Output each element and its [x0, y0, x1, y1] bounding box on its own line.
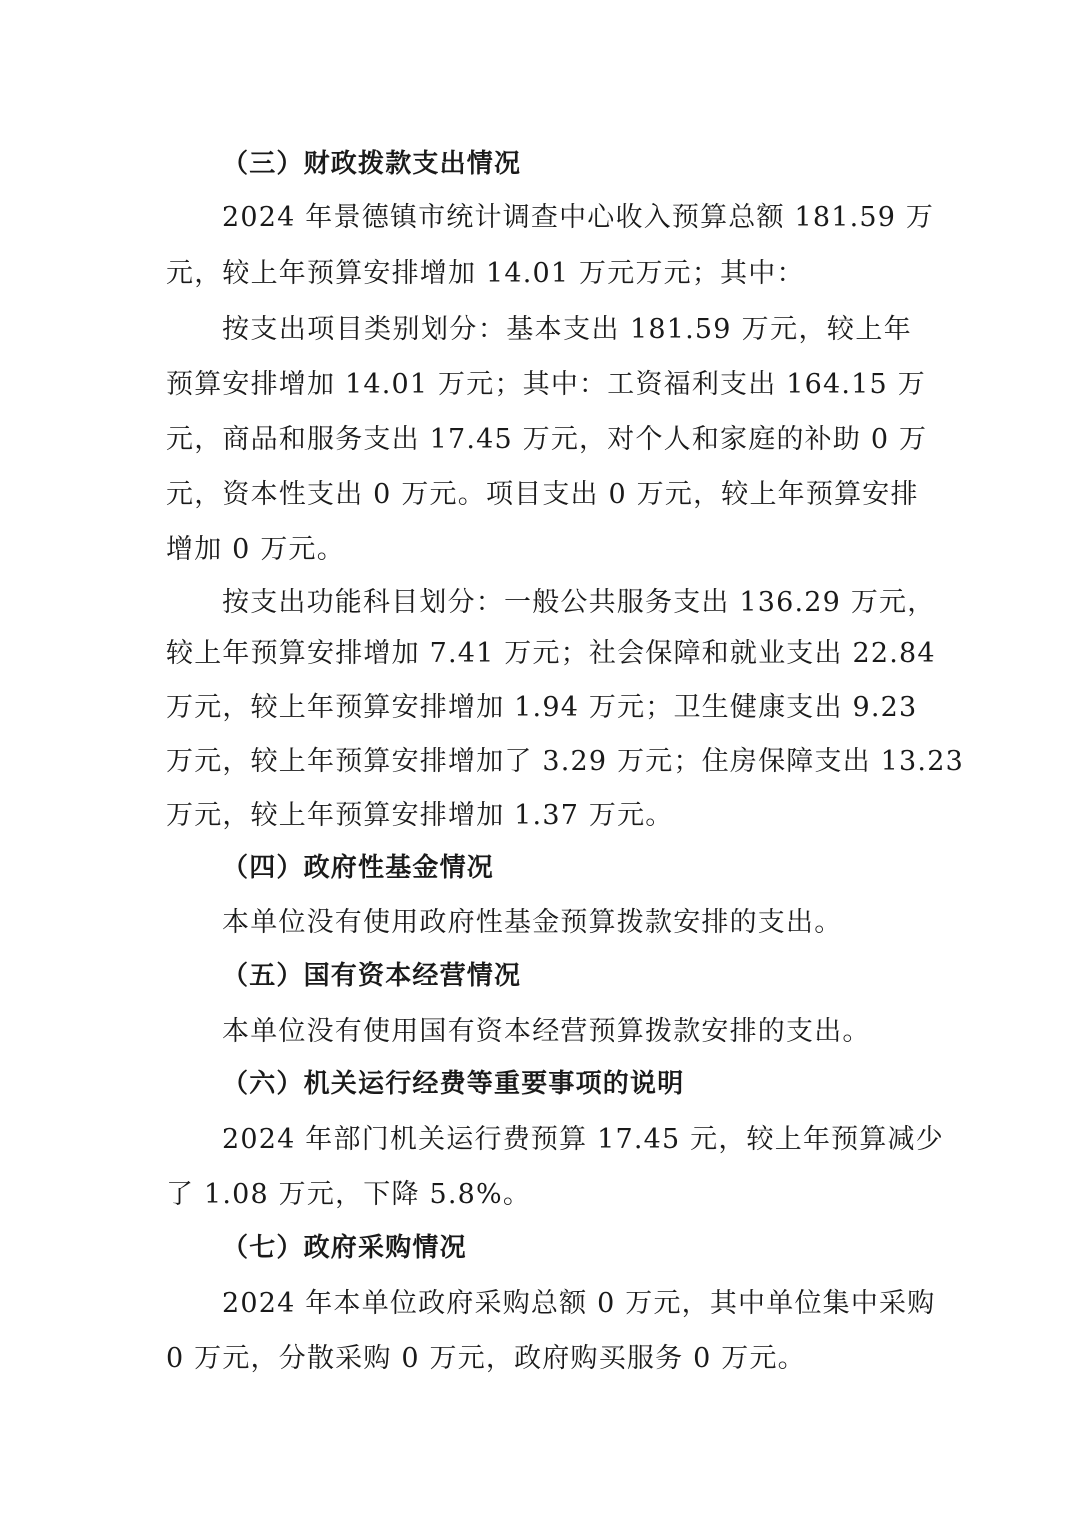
paragraph-line: 较上年预算安排增加 7.41 万元；社会保障和就业支出 22.84	[166, 636, 911, 672]
paragraph-line: 元，资本性支出 0 万元。项目支出 0 万元，较上年预算安排	[166, 477, 911, 513]
paragraph-line: 了 1.08 万元，下降 5.8%。	[166, 1177, 911, 1213]
paragraph-line: 0 万元，分散采购 0 万元，政府购买服务 0 万元。	[166, 1341, 911, 1377]
paragraph-line: 本单位没有使用国有资本经营预算拨款安排的支出。	[222, 1014, 912, 1050]
paragraph-line: 万元，较上年预算安排增加了 3.29 万元；住房保障支出 13.23	[166, 744, 911, 780]
paragraph-line: 预算安排增加 14.01 万元；其中：工资福利支出 164.15 万	[166, 367, 911, 403]
paragraph-line: 2024 年景德镇市统计调查中心收入预算总额 181.59 万	[222, 200, 912, 236]
document-page: （三）财政拨款支出情况 2024 年景德镇市统计调查中心收入预算总额 181.5…	[0, 0, 1074, 1520]
section-heading-operating-expenses: （六）机关运行经费等重要事项的说明	[222, 1066, 912, 1102]
paragraph-line: 万元，较上年预算安排增加 1.37 万元。	[166, 798, 911, 834]
paragraph-line: 按支出功能科目划分：一般公共服务支出 136.29 万元，	[222, 585, 912, 621]
section-heading-fiscal-appropriation-expenditure: （三）财政拨款支出情况	[222, 146, 912, 182]
section-heading-government-procurement: （七）政府采购情况	[222, 1230, 912, 1266]
section-heading-state-capital-operation: （五）国有资本经营情况	[222, 958, 912, 994]
paragraph-line: 按支出项目类别划分：基本支出 181.59 万元，较上年	[222, 312, 912, 348]
paragraph-line: 元，商品和服务支出 17.45 万元，对个人和家庭的补助 0 万	[166, 422, 911, 458]
paragraph-line: 本单位没有使用政府性基金预算拨款安排的支出。	[222, 905, 912, 941]
paragraph-line: 增加 0 万元。	[166, 532, 911, 568]
paragraph-line: 元，较上年预算安排增加 14.01 万元万元；其中：	[166, 256, 911, 292]
paragraph-line: 万元，较上年预算安排增加 1.94 万元；卫生健康支出 9.23	[166, 690, 911, 726]
paragraph-line: 2024 年本单位政府采购总额 0 万元，其中单位集中采购	[222, 1286, 912, 1322]
section-heading-government-fund: （四）政府性基金情况	[222, 850, 912, 886]
paragraph-line: 2024 年部门机关运行费预算 17.45 元，较上年预算减少	[222, 1122, 912, 1158]
